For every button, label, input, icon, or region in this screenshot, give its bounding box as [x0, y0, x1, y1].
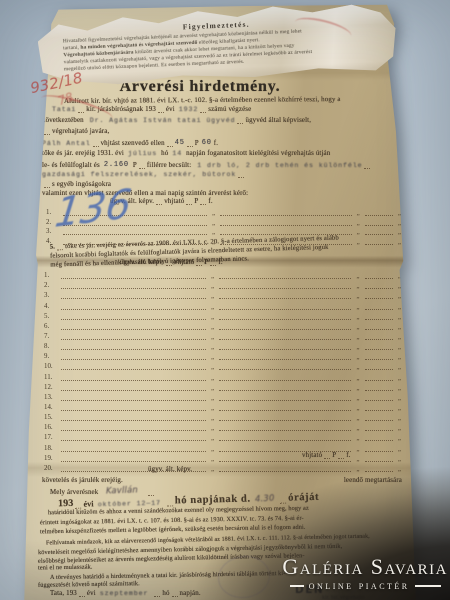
- ditto-mark: „: [398, 282, 401, 290]
- ditto-mark: „: [211, 424, 214, 432]
- ditto-mark: „: [211, 292, 214, 300]
- dotted-leader: [324, 453, 330, 459]
- dotted-leader: [237, 118, 243, 124]
- dotted-leader: [219, 435, 351, 441]
- claim-extent-line: követelés és járulék erejéig. leendő meg…: [42, 477, 402, 484]
- dotted-leader: [61, 456, 206, 462]
- dotted-leader: [365, 314, 393, 320]
- dotted-leader: [61, 304, 206, 310]
- napjan-label: napján.: [180, 590, 201, 597]
- dotted-leader: [219, 344, 351, 350]
- numbered-item-row: 13. „ „ „: [44, 391, 404, 401]
- numbered-item-row: 20. „ „ „: [44, 462, 404, 472]
- numbered-item-row: 5. „ „ „: [44, 310, 404, 320]
- ho-napjanak-label: hó napjának d.: [175, 493, 251, 506]
- dotted-leader: [219, 283, 351, 289]
- dotted-leader: [61, 344, 206, 350]
- ditto-mark: „: [398, 434, 401, 442]
- leendo-label: leendő megtartására: [344, 477, 402, 484]
- claims-list-2: 1. „ „ „ 2. „ „ „: [44, 269, 404, 472]
- dotted-leader: [61, 283, 206, 289]
- pengo-label-2: P: [133, 162, 137, 169]
- dotted-leader: [219, 324, 351, 330]
- ho-label: hó: [161, 150, 168, 157]
- item-number: 5.: [44, 313, 59, 320]
- dotted-leader: [365, 435, 393, 441]
- dotted-leader: [61, 375, 206, 381]
- dotted-leader: [365, 304, 393, 310]
- typed-signature-month: szeptember: [100, 590, 149, 597]
- dotted-leader: [196, 260, 202, 266]
- becsult-label: fillérre becsült:: [147, 162, 191, 169]
- ditto-mark: „: [212, 228, 215, 236]
- ditto-mark: „: [356, 414, 359, 422]
- ditto-mark: „: [211, 303, 214, 311]
- numbered-item-row: 11. „ „ „: [44, 370, 404, 380]
- notice-paragraph-line: teni el ne mulasszák.: [38, 563, 93, 571]
- dotted-leader: [365, 273, 393, 279]
- numbered-item-row: 6. „ „ „: [44, 320, 404, 330]
- dotted-leader: [365, 415, 393, 421]
- dotted-leader: [44, 182, 50, 188]
- ditto-mark: „: [398, 313, 401, 321]
- dotted-leader: [220, 220, 351, 226]
- dotted-leader: [93, 141, 99, 147]
- dotted-leader: [219, 334, 351, 340]
- item-number: 4.: [44, 303, 59, 310]
- ugyv-label: ügyv. ált. képv.: [120, 259, 164, 266]
- ditto-mark: „: [356, 292, 359, 300]
- vhjtato-label: vhjtató: [164, 198, 184, 205]
- goods-line: gazdasági felszerelések, szekér, bútorok: [42, 171, 404, 178]
- typed-estimate-amount: 2.160: [104, 161, 129, 169]
- dotted-leader: [187, 141, 193, 147]
- dotted-leader: [365, 354, 393, 360]
- attorney-label: ügyvéd által képviselt,: [245, 117, 311, 124]
- dotted-leader: [200, 107, 206, 113]
- dotted-leader: [219, 466, 351, 472]
- ditto-mark: „: [211, 353, 214, 361]
- ditto-mark: „: [398, 394, 401, 402]
- typed-seizure-month: július: [128, 150, 157, 157]
- ditto-mark: „: [356, 465, 359, 473]
- ditto-mark: „: [211, 333, 214, 341]
- numbered-item-row: 8. „ „ „: [44, 340, 404, 350]
- toke-label: tőke és jár. erejéig 1931. évi: [42, 150, 124, 157]
- item-number: 18.: [44, 445, 59, 452]
- typed-seizure-day: 14: [172, 150, 182, 157]
- item-number: 16.: [44, 424, 59, 431]
- dotted-leader: [61, 314, 206, 320]
- dotted-leader: [172, 591, 178, 597]
- ditto-mark: „: [211, 374, 214, 382]
- vhjtato-column-header: vhjtató P f.: [302, 452, 404, 459]
- typed-goods-1: 1 drb ló, 2 drb tehén és különféle: [197, 162, 362, 169]
- watermark-rule-right: [415, 585, 441, 587]
- item-number: 11.: [44, 374, 59, 381]
- ditto-mark: „: [211, 465, 214, 473]
- claim-amount-pengo: 45: [175, 139, 185, 147]
- dotted-leader: [61, 364, 206, 370]
- ditto-mark: „: [356, 343, 359, 351]
- mely-label: Mely árverésnek: [50, 489, 98, 496]
- ditto-mark: „: [356, 434, 359, 442]
- dotted-leader: [61, 435, 206, 441]
- item-number: 10.: [44, 363, 59, 370]
- pengo-col-label: P: [332, 452, 336, 459]
- ditto-mark: „: [211, 272, 214, 280]
- dotted-leader: [365, 405, 393, 411]
- szenvedo-label: vhjtást szenvedő ellen: [101, 140, 165, 147]
- dotted-leader: [61, 395, 206, 401]
- item-number: 9.: [44, 353, 59, 360]
- vhjtato-label: vhjtató: [302, 452, 322, 459]
- dotted-leader: [365, 324, 393, 330]
- seizure-date-line: tőke és jár. erejéig 1931. évi július hó…: [42, 150, 404, 157]
- dotted-leader: [219, 273, 351, 279]
- photo-background: Árverési hirdetmény. Alulírott kir. bír.…: [0, 0, 450, 600]
- ditto-mark: „: [211, 323, 214, 331]
- dotted-leader: [219, 395, 351, 401]
- numbered-item-row: 12. „ „ „: [44, 381, 404, 391]
- dotted-leader: [365, 375, 393, 381]
- ditto-mark: „: [211, 404, 214, 412]
- dotted-leader: [365, 293, 393, 299]
- filler-col-label: f.: [208, 198, 212, 205]
- filler-label: f.: [214, 140, 218, 147]
- item-number: 20.: [44, 465, 59, 472]
- tata-label: Tata, 193: [50, 590, 77, 597]
- dotted-leader: [158, 107, 164, 113]
- filler-col-label: f.: [218, 259, 222, 266]
- ditto-mark: „: [212, 219, 215, 227]
- handwritten-time: 4.30: [254, 494, 274, 505]
- item-number: 14.: [44, 404, 59, 411]
- dotted-leader: [365, 446, 393, 452]
- watermark-rule-left: [290, 585, 304, 587]
- kovetele-label: követelés és járulék erejéig.: [42, 477, 123, 484]
- numbered-item-row: 18. „ „ „: [44, 441, 404, 451]
- ditto-mark: „: [356, 333, 359, 341]
- dotted-leader: [219, 304, 351, 310]
- numbered-item-row: 10. „ „ „: [44, 360, 404, 370]
- item-number: 13.: [44, 394, 59, 401]
- typed-debtor: Pálh Antal: [42, 140, 91, 147]
- dotted-leader: [61, 273, 206, 279]
- watermark-subtitle: online piactér: [282, 580, 448, 592]
- representative-header-line-2: ügyv. ált. képv. vhjtató P f.: [42, 259, 404, 266]
- item-number-five: 5.: [50, 243, 55, 250]
- dotted-leader: [44, 129, 50, 135]
- handwritten-place: Kavllán: [106, 485, 138, 496]
- ho-label: hó: [162, 590, 169, 597]
- watermark: Galéria Savaria online piactér: [282, 556, 448, 592]
- pengo-label: P: [195, 140, 199, 147]
- claim-amount-filler: 60: [202, 139, 212, 147]
- ditto-mark: „: [212, 209, 215, 217]
- dotted-leader: [365, 395, 393, 401]
- dotted-leader: [365, 334, 393, 340]
- ditto-mark: „: [356, 282, 359, 290]
- dotted-leader: [238, 172, 244, 178]
- ditto-mark: „: [356, 394, 359, 402]
- ditto-mark: „: [398, 292, 401, 300]
- kovetkezteben-label: következtében: [42, 117, 84, 124]
- dotted-leader: [61, 334, 206, 340]
- dotted-leader: [219, 354, 351, 360]
- dotted-leader: [61, 385, 206, 391]
- estimate-line: le- és felülfoglalt és 2.160 P fillérre …: [42, 161, 404, 169]
- item-number: 7.: [44, 333, 59, 340]
- ditto-mark: „: [211, 343, 214, 351]
- dotted-leader: [365, 364, 393, 370]
- ditto-mark: „: [398, 424, 401, 432]
- item-number: 1.: [44, 272, 59, 279]
- executor-line: végrehajtató javára,: [42, 128, 404, 135]
- dotted-leader: [61, 415, 206, 421]
- dotted-leader: [61, 446, 206, 452]
- dotted-leader: [219, 314, 351, 320]
- ditto-mark: „: [211, 282, 214, 290]
- typed-case-number: 1932: [179, 106, 198, 113]
- watermark-subtitle-text: online piactér: [309, 580, 410, 592]
- item-number: 17.: [44, 434, 59, 441]
- ditto-mark: „: [398, 323, 401, 331]
- dotted-leader: [154, 591, 160, 597]
- dotted-leader: [220, 210, 351, 216]
- item-number: 3.: [44, 292, 59, 299]
- watermark-title: Galéria Savaria: [282, 556, 448, 578]
- ditto-mark: „: [356, 272, 359, 280]
- ditto-mark: „: [211, 455, 214, 463]
- ditto-mark: „: [211, 384, 214, 392]
- evi-label: évi: [87, 590, 96, 597]
- ditto-mark: „: [356, 384, 359, 392]
- ditto-mark: „: [211, 434, 214, 442]
- dotted-leader: [61, 324, 206, 330]
- numbered-item-row: 17. „ „ „: [44, 431, 404, 441]
- dotted-leader: [365, 385, 393, 391]
- numbered-item-row: 4. „ „ „: [44, 299, 404, 309]
- dotted-leader: [219, 293, 351, 299]
- dotted-leader: [365, 283, 393, 289]
- toke-label-2: napján foganatosított kielégítési végreh…: [186, 150, 330, 157]
- numbered-item-row: 15. „ „ „: [44, 411, 404, 421]
- filler-col-label: f.: [346, 452, 350, 459]
- evi-label: évi: [166, 106, 175, 113]
- debtor-line: Pálh Antal vhjtást szenvedő ellen 45 P 6…: [42, 139, 404, 147]
- dotted-leader: [219, 425, 351, 431]
- ditto-mark: „: [398, 363, 401, 371]
- ditto-mark: „: [211, 363, 214, 371]
- numbered-item-row: 3. „ „ „: [44, 289, 404, 299]
- dotted-leader: [61, 425, 206, 431]
- ditto-mark: „: [356, 424, 359, 432]
- item-number: 8.: [44, 343, 59, 350]
- ditto-mark: „: [211, 313, 214, 321]
- ditto-mark: „: [398, 414, 401, 422]
- ditto-mark: „: [357, 219, 360, 227]
- evi-label: évi: [83, 499, 93, 508]
- item-number: 19.: [44, 455, 59, 462]
- dotted-leader: [200, 199, 206, 205]
- dotted-leader: [167, 141, 173, 147]
- ditto-mark: „: [356, 353, 359, 361]
- item-number: 12.: [44, 384, 59, 391]
- ditto-mark: „: [356, 374, 359, 382]
- decree-label: számú végzése: [208, 106, 251, 113]
- pengo-col-label: P: [204, 259, 208, 266]
- ditto-mark: „: [398, 353, 401, 361]
- ugyv-overlay-label: ügyv. ált. képv.: [148, 466, 192, 473]
- dotted-leader: [219, 415, 351, 421]
- dotted-leader: [219, 375, 351, 381]
- ditto-mark: „: [398, 374, 401, 382]
- ditto-mark: „: [356, 404, 359, 412]
- dotted-leader: [61, 293, 206, 299]
- year-193-label: 193: [58, 498, 74, 509]
- item-number: 6.: [44, 323, 59, 330]
- dotted-leader: [61, 354, 206, 360]
- ditto-mark: „: [356, 303, 359, 311]
- ditto-mark: „: [398, 343, 401, 351]
- ditto-mark: „: [356, 313, 359, 321]
- ditto-mark: „: [356, 323, 359, 331]
- dotted-leader: [186, 199, 192, 205]
- ditto-mark: „: [398, 404, 401, 412]
- dotted-leader: [364, 163, 370, 169]
- ditto-mark: „: [211, 414, 214, 422]
- dotted-leader: [156, 199, 162, 205]
- ditto-mark: „: [398, 303, 401, 311]
- orajat-label: óráját: [288, 492, 319, 504]
- ditto-mark: „: [398, 209, 401, 217]
- ditto-mark: „: [356, 363, 359, 371]
- numbered-item-row: 14. „ „ „: [44, 401, 404, 411]
- le-label: le- és felülfoglalt és: [42, 162, 100, 169]
- numbered-item-row: 9. „ „ „: [44, 350, 404, 360]
- dotted-leader: [338, 453, 344, 459]
- ditto-mark: „: [398, 333, 401, 341]
- dotted-leader: [219, 364, 351, 370]
- typed-goods-2: gazdasági felszerelések, szekér, bútorok: [42, 171, 236, 178]
- dotted-leader: [219, 385, 351, 391]
- dotted-leader: [139, 163, 145, 169]
- tata-date-line: Tata, 193 évi szeptember hó napján.: [50, 590, 300, 597]
- item-number: 2.: [44, 282, 59, 289]
- ditto-mark: „: [211, 394, 214, 402]
- ditto-mark: „: [398, 219, 401, 227]
- dotted-leader: [210, 260, 216, 266]
- numbered-item-row: 1. „ „ „: [44, 269, 404, 279]
- ditto-mark: „: [357, 209, 360, 217]
- dotted-leader: [167, 500, 173, 506]
- dotted-leader: [61, 405, 206, 411]
- ditto-mark: „: [398, 465, 401, 473]
- slip-text-segment: tartani,: [63, 45, 81, 52]
- item-number: 15.: [44, 414, 59, 421]
- dotted-leader: [219, 405, 351, 411]
- javara-label: végrehajtató javára,: [52, 128, 109, 135]
- dotted-leader: [365, 220, 393, 226]
- dotted-leader: [57, 244, 63, 250]
- dotted-leader: [365, 344, 393, 350]
- pengo-col-label: P: [194, 198, 198, 205]
- dotted-leader: [365, 425, 393, 431]
- dotted-leader: [166, 260, 172, 266]
- vhjtato-label: vhjtató: [174, 259, 194, 266]
- ditto-mark: „: [398, 384, 401, 392]
- intro-line: Alulírott kir. bír. vhjtó az 1881. évi L…: [64, 96, 341, 105]
- dotted-leader: [219, 446, 351, 452]
- deadline-paragraph-line: függesztését követő naptól számíttatik.: [38, 580, 140, 589]
- dotted-leader: [79, 591, 85, 597]
- numbered-item-row: 16. „ „ „: [44, 421, 404, 431]
- dotted-leader: [365, 466, 393, 472]
- ditto-mark: „: [398, 272, 401, 280]
- ditto-mark: „: [211, 445, 214, 453]
- numbered-item-row: 2. „ „ „: [44, 279, 404, 289]
- bailiff-stamp-title: kir. bír. végrehajtó: [322, 595, 365, 600]
- numbered-item-row: 7. „ „ „: [44, 330, 404, 340]
- dotted-leader: [365, 210, 393, 216]
- dotted-leader: [280, 498, 286, 504]
